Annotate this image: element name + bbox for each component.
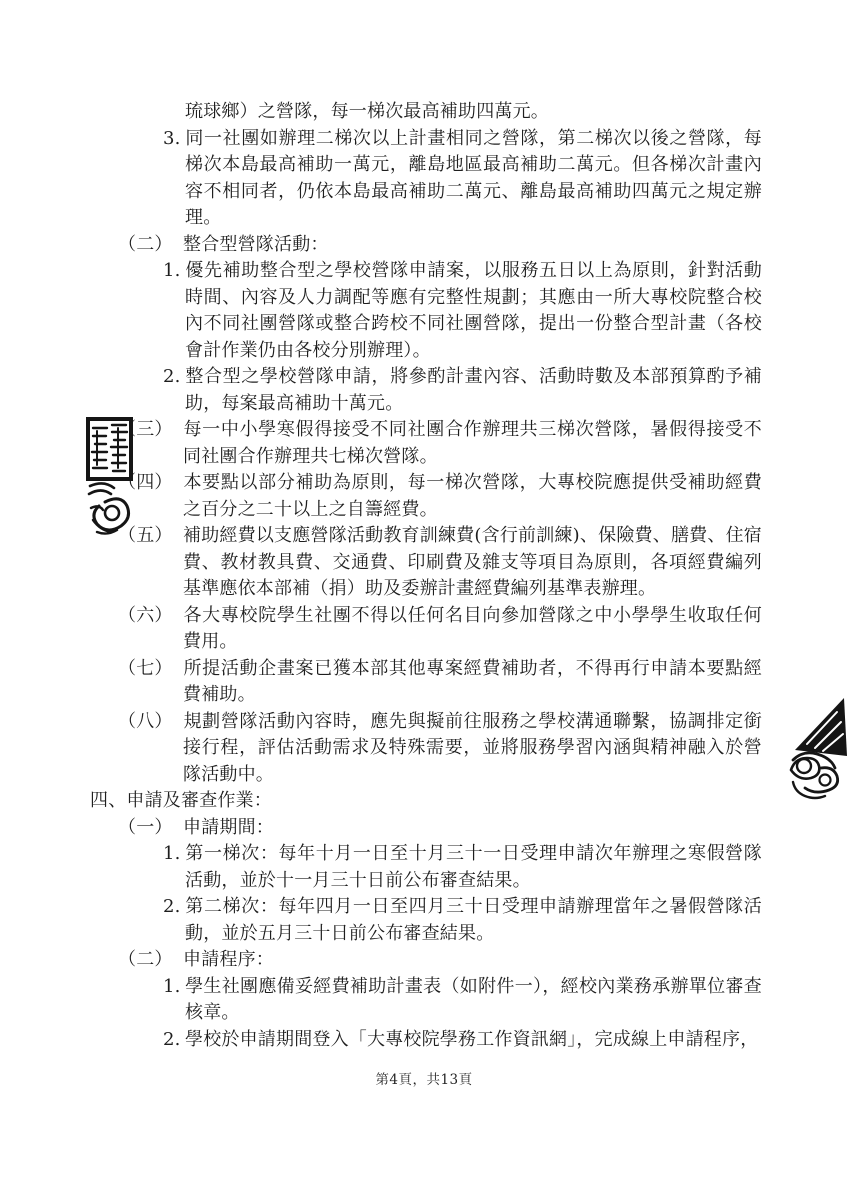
clause-item: 1.第一梯次：每年十月一日至十月三十一日受理申請次年辦理之寒假營隊活動，並於十一… xyxy=(163,841,762,894)
chapter-heading: 四、申請及審查作業： xyxy=(90,788,762,815)
clause-marker: （三） xyxy=(118,417,183,444)
clause-marker: （六） xyxy=(118,603,183,630)
binding-seal-right-icon xyxy=(787,694,848,802)
clause-text: 補助經費以支應營隊活動教育訓練費(含行前訓練)、保險費、膳費、住宿費、教材教具費… xyxy=(183,525,762,599)
clause-item: （二）申請程序： xyxy=(118,947,762,974)
clause-text: 每一中小學寒假得接受不同社團合作辦理共三梯次營隊，暑假得接受不同社團合作辦理共七… xyxy=(183,419,762,467)
clause-text: 規劃營隊活動內容時，應先與擬前往服務之學校溝通聯繫，協調排定銜接行程，評估活動需… xyxy=(183,711,762,785)
clause-continuation: 琉球鄉）之營隊，每一梯次最高補助四萬元。 xyxy=(185,99,762,126)
clause-item: 2.學校於申請期間登入「大專校院學務工作資訊網」，完成線上申請程序， xyxy=(163,1027,762,1054)
clause-marker: （五） xyxy=(118,523,183,550)
clause-item: （六）各大專校院學生社團不得以任何名目向參加營隊之中小學學生收取任何費用。 xyxy=(118,603,762,656)
clause-text: 各大專校院學生社團不得以任何名目向參加營隊之中小學學生收取任何費用。 xyxy=(183,605,762,653)
clause-marker: （四） xyxy=(118,470,183,497)
clause-item: （三）每一中小學寒假得接受不同社團合作辦理共三梯次營隊，暑假得接受不同社團合作辦… xyxy=(118,417,762,470)
clause-marker: 1. xyxy=(163,841,185,868)
clause-text: 同一社團如辦理二梯次以上計畫相同之營隊，第二梯次以後之營隊，每梯次本島最高補助一… xyxy=(185,128,762,229)
clause-text: 學校於申請期間登入「大專校院學務工作資訊網」，完成線上申請程序， xyxy=(185,1029,758,1050)
document-page: 琉球鄉）之營隊，每一梯次最高補助四萬元。 3.同一社團如辦理二梯次以上計畫相同之… xyxy=(0,0,848,1200)
clause-text: 本要點以部分補助為原則，每一梯次營隊，大專校院應提供受補助經費之百分之二十以上之… xyxy=(183,472,762,520)
clause-item: 1.學生社團應備妥經費補助計畫表（如附件一），經校內業務承辦單位審查核章。 xyxy=(163,974,762,1027)
clause-item: 2.第二梯次：每年四月一日至四月三十日受理申請辦理當年之暑假營隊活動，並於五月三… xyxy=(163,894,762,947)
clause-text: 申請程序： xyxy=(183,949,274,970)
clause-item: （四）本要點以部分補助為原則，每一梯次營隊，大專校院應提供受補助經費之百分之二十… xyxy=(118,470,762,523)
chapter-marker: 四、 xyxy=(90,790,126,811)
clause-item: 2.整合型之學校營隊申請，將參酌計畫內容、活動時數及本部預算酌予補助，每案最高補… xyxy=(163,364,762,417)
clause-marker: 3. xyxy=(163,126,185,153)
clause-marker: （七） xyxy=(118,656,183,683)
clause-marker: （二） xyxy=(118,232,183,259)
clause-item: 1.優先補助整合型之學校營隊申請案，以服務五日以上為原則，針對活動時間、內容及人… xyxy=(163,258,762,364)
page-footer: 第4頁，共13頁 xyxy=(0,1068,848,1088)
clause-marker: 2. xyxy=(163,364,185,391)
clause-text: 申請期間： xyxy=(183,817,274,838)
clause-marker: （一） xyxy=(118,815,183,842)
clause-item: （五）補助經費以支應營隊活動教育訓練費(含行前訓練)、保險費、膳費、住宿費、教材… xyxy=(118,523,762,603)
clause-text: 所提活動企畫案已獲本部其他專案經費補助者，不得再行申請本要點經費補助。 xyxy=(183,658,762,706)
clause-item: （八）規劃營隊活動內容時，應先與擬前往服務之學校溝通聯繫，協調排定銜接行程，評估… xyxy=(118,709,762,789)
clause-text: 學生社團應備妥經費補助計畫表（如附件一），經校內業務承辦單位審查核章。 xyxy=(185,976,762,1024)
document-body: 琉球鄉）之營隊，每一梯次最高補助四萬元。 3.同一社團如辦理二梯次以上計畫相同之… xyxy=(88,99,762,1053)
clause-text: 第二梯次：每年四月一日至四月三十日受理申請辦理當年之暑假營隊活動，並於五月三十日… xyxy=(185,896,762,944)
clause-text: 整合型之學校營隊申請，將參酌計畫內容、活動時數及本部預算酌予補助，每案最高補助十… xyxy=(185,366,762,414)
clause-item: （二）整合型營隊活動： xyxy=(118,232,762,259)
clause-item: 3.同一社團如辦理二梯次以上計畫相同之營隊，第二梯次以後之營隊，每梯次本島最高補… xyxy=(163,126,762,232)
clause-marker: （八） xyxy=(118,709,183,736)
clause-marker: 1. xyxy=(163,258,185,285)
clause-text: 第一梯次：每年十月一日至十月三十一日受理申請次年辦理之寒假營隊活動，並於十一月三… xyxy=(185,843,762,891)
clause-item: （一）申請期間： xyxy=(118,815,762,842)
clause-text: 優先補助整合型之學校營隊申請案，以服務五日以上為原則，針對活動時間、內容及人力調… xyxy=(185,260,762,361)
chapter-text: 申請及審查作業： xyxy=(126,790,272,811)
clause-marker: 1. xyxy=(163,974,185,1001)
clause-marker: （二） xyxy=(118,947,183,974)
clause-item: （七）所提活動企畫案已獲本部其他專案經費補助者，不得再行申請本要點經費補助。 xyxy=(118,656,762,709)
clause-text: 整合型營隊活動： xyxy=(183,234,329,255)
clause-marker: 2. xyxy=(163,1027,185,1054)
clause-marker: 2. xyxy=(163,894,185,921)
